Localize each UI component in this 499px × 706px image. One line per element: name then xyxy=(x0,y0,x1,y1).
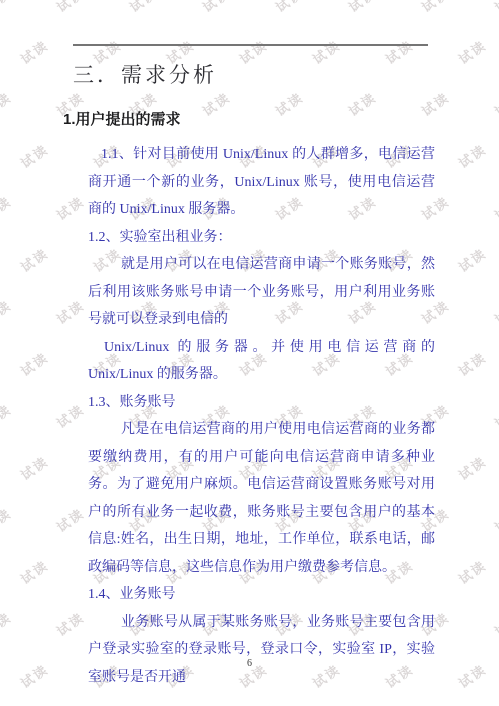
paragraph: 凡是在电信运营商的用户使用电信运营商的业务都要缴纳费用，有的用户可能向电信运营商… xyxy=(88,416,435,581)
page-content: 三．需求分析 1.用户提出的需求 1.1、针对目前使用 Unix/Linux 的… xyxy=(0,0,499,706)
paragraph: 业务账号从属于某账务账号，业务账号主要包含用户登录实验室的登录账号，登录口令，实… xyxy=(88,609,435,692)
paragraph: 1.1、针对目前使用 Unix/Linux 的人群增多，电信运营商开通一个新的业… xyxy=(88,141,435,224)
page-number: 6 xyxy=(0,658,499,669)
paragraph: 就是用户可以在电信运营商申请一个账务账号，然后利用该账务账号申请一个业务账号，用… xyxy=(88,251,435,334)
header-divider xyxy=(73,44,428,46)
paragraph: 1.4、业务账号 xyxy=(88,581,435,609)
paragraph: 1.3、账务账号 xyxy=(88,389,435,417)
subsection-heading: 1.用户提出的需求 xyxy=(63,108,181,129)
section-heading: 三．需求分析 xyxy=(73,59,217,89)
paragraph: 1.2、实验室出租业务： xyxy=(88,224,435,252)
document-body: 1.1、针对目前使用 Unix/Linux 的人群增多，电信运营商开通一个新的业… xyxy=(88,141,435,691)
document-page: 试读试读试读试读试读试读试读试读试读试读试读试读试读试读试读试读试读试读试读试读… xyxy=(0,0,499,706)
paragraph: Unix/Linux 的服务器。并使用电信运营商的 Unix/Linux 的服务… xyxy=(88,334,435,389)
